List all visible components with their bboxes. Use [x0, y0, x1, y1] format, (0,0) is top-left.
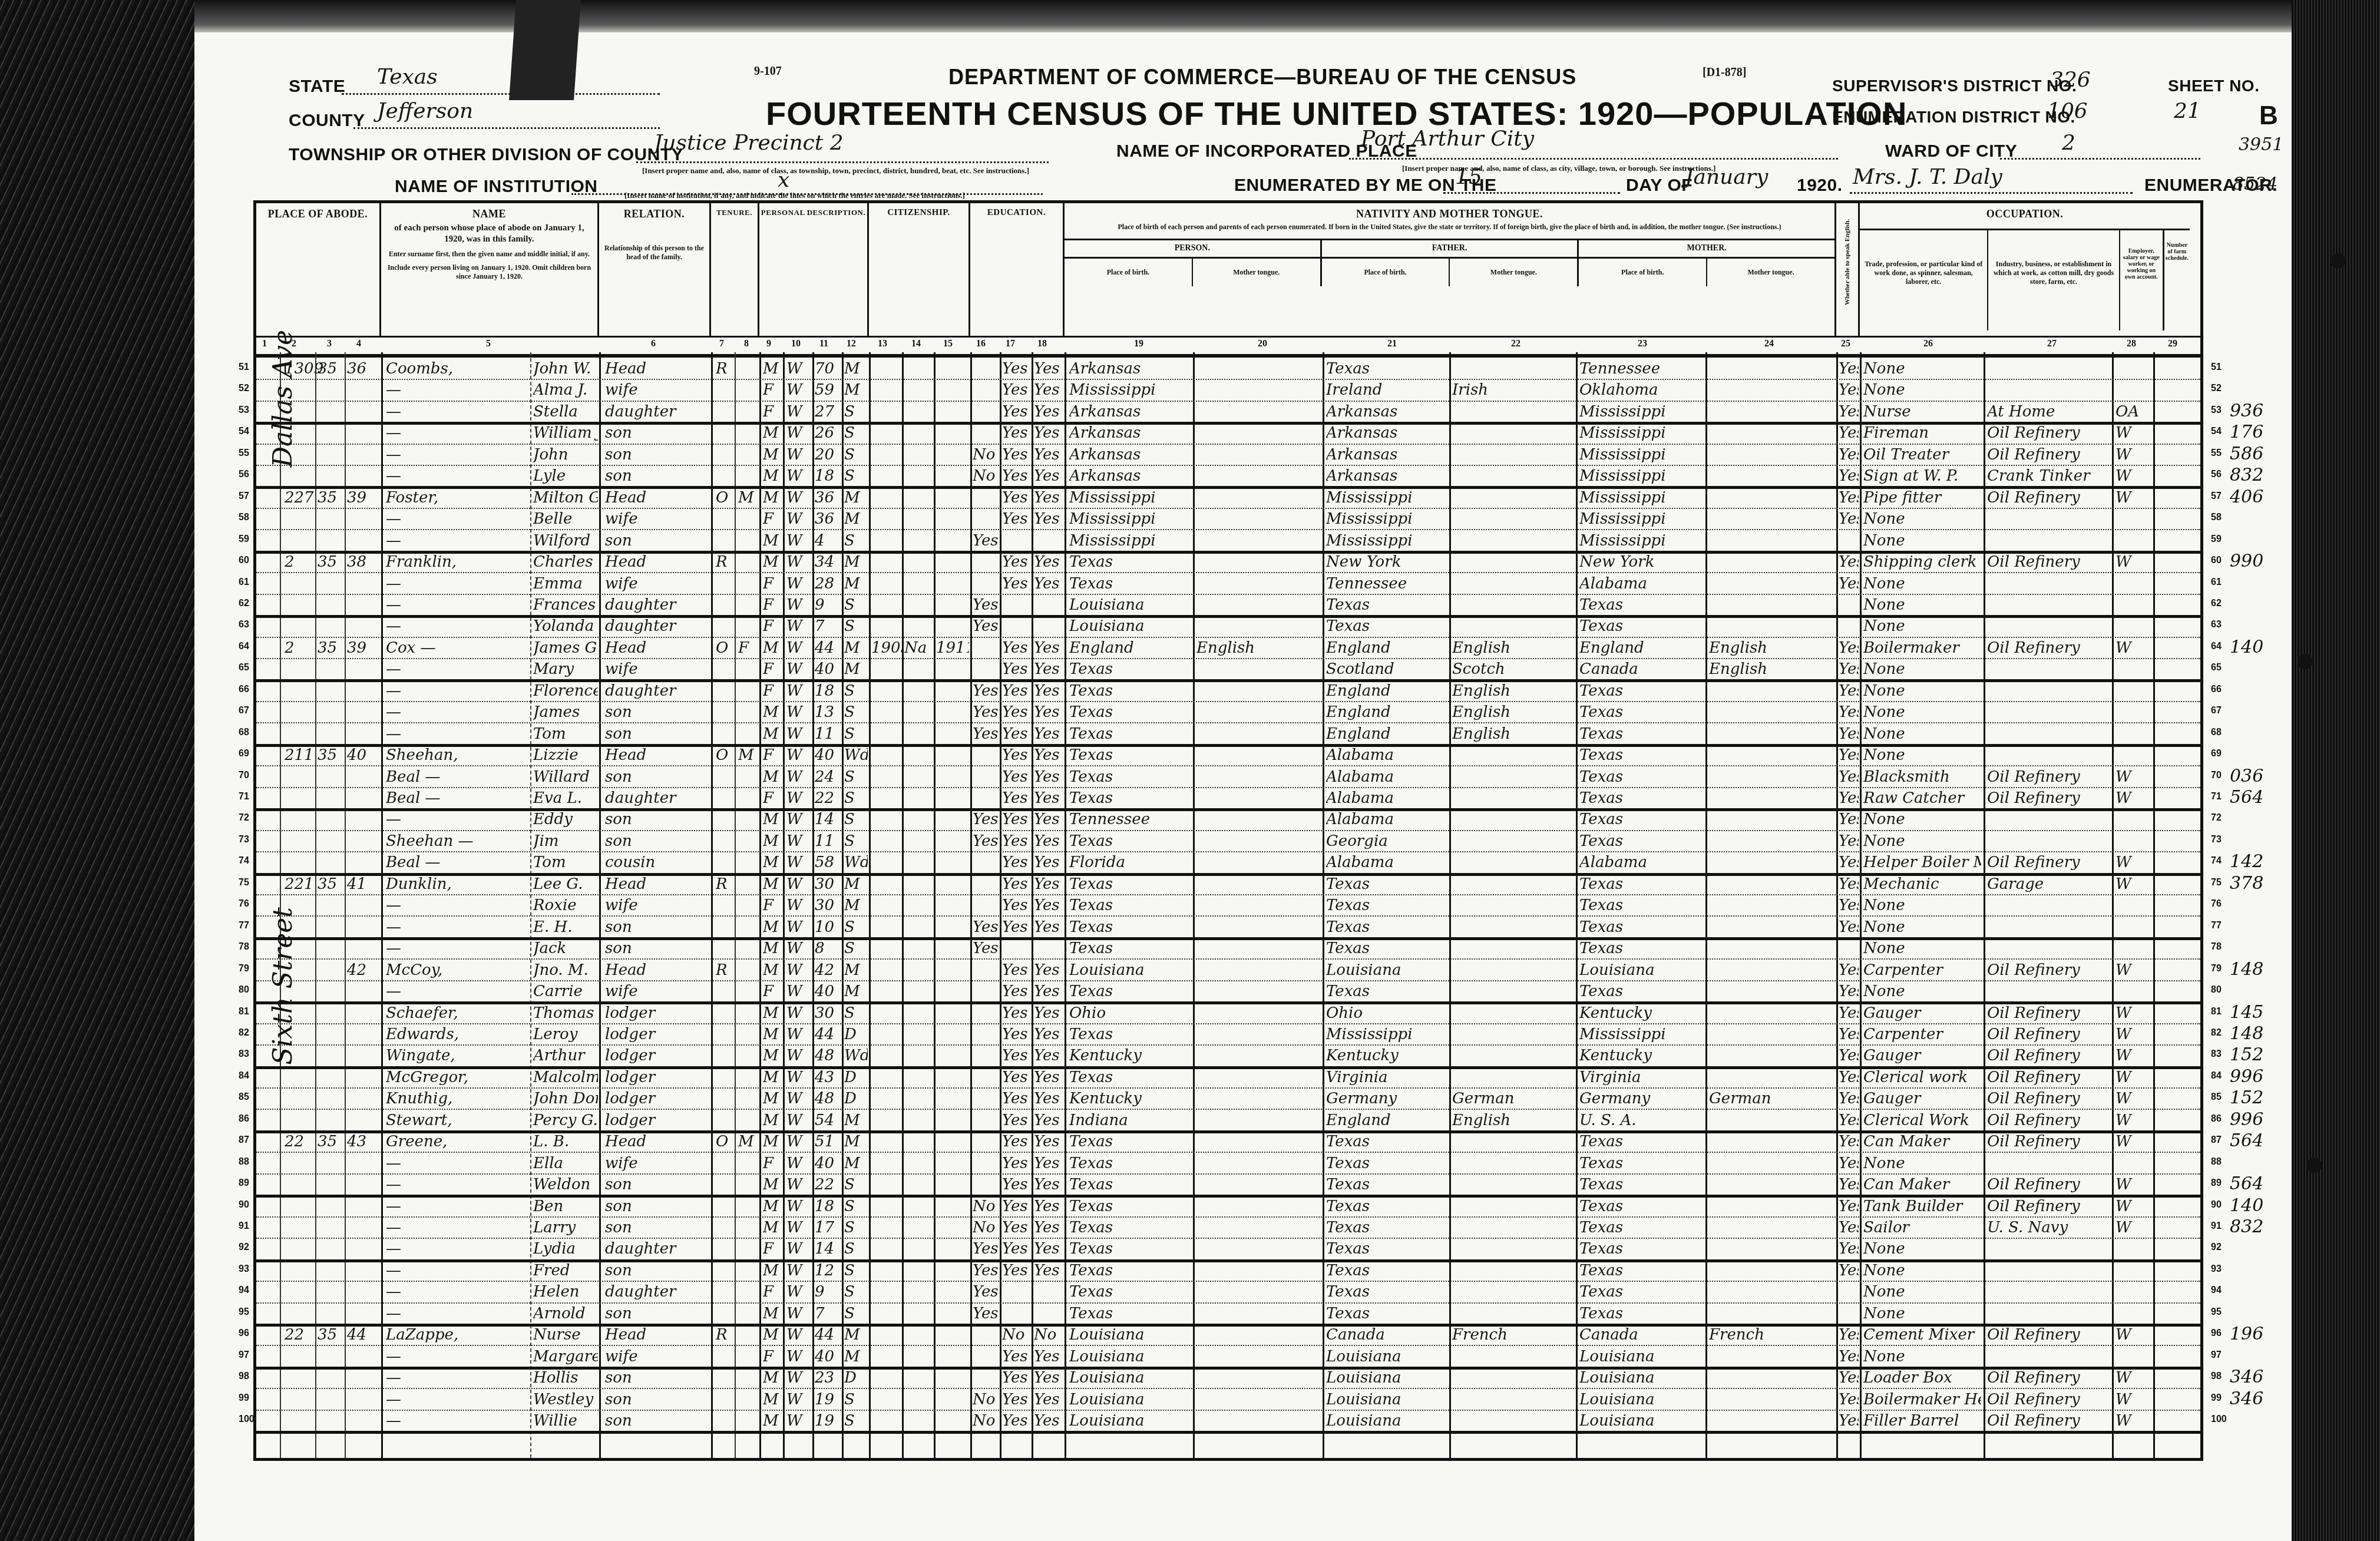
- cell-mpob: Mississippi: [1579, 510, 1703, 528]
- cell-pob: Texas: [1069, 575, 1190, 593]
- cell-pob: Louisiana: [1069, 961, 1190, 979]
- enumeration-district-label: ENUMERATION DISTRICT NO.: [1832, 108, 2075, 127]
- cell-age: 44: [815, 639, 841, 657]
- cell-pob: Texas: [1069, 1133, 1190, 1150]
- cell-pob: Louisiana: [1069, 596, 1190, 614]
- line-number-right: 94: [2211, 1285, 2222, 1296]
- day-of-label: DAY OF: [1626, 176, 1693, 196]
- cell-sch: No: [973, 467, 999, 485]
- occupation-code: 564: [2230, 787, 2263, 808]
- line-number: 78: [239, 942, 249, 953]
- line-number-right: 96: [2211, 1328, 2222, 1339]
- cell-emp: W: [2115, 1069, 2151, 1086]
- cell-write: Yes: [1034, 424, 1063, 442]
- cell-race: W: [786, 983, 810, 1000]
- cell-sch: Yes: [973, 532, 999, 550]
- cell-eng: Yes: [1839, 725, 1859, 743]
- cell-race: W: [786, 1240, 810, 1258]
- cell-emp: W: [2115, 789, 2151, 807]
- cell-eng: Yes: [1839, 1240, 1859, 1258]
- cell-read: Yes: [1002, 854, 1030, 871]
- cell-fam: 42: [347, 961, 381, 979]
- cell-mpob: Texas: [1579, 746, 1703, 764]
- cell-ms: M: [844, 381, 868, 399]
- cell-read: Yes: [1002, 746, 1030, 764]
- cell-trade: Sailor: [1863, 1219, 1981, 1236]
- line-number-right: 91: [2211, 1221, 2222, 1232]
- occupation-code: 140: [2230, 637, 2263, 657]
- cell-surname: McGregor,: [386, 1069, 527, 1086]
- cell-given: Nurse: [533, 1326, 598, 1344]
- cell-race: W: [786, 575, 810, 593]
- cell-given: Willard: [533, 768, 598, 786]
- cell-ms: M: [844, 1112, 868, 1129]
- cell-eng: Yes: [1839, 703, 1859, 721]
- cell-pob: Texas: [1069, 789, 1190, 807]
- cell-read: Yes: [1002, 1090, 1030, 1107]
- cell-ms: M: [844, 660, 868, 678]
- cell-write: Yes: [1034, 360, 1063, 378]
- cell-mpob: Texas: [1579, 1283, 1703, 1301]
- occupation-code: 176: [2230, 422, 2263, 442]
- cell-mpob: England: [1579, 639, 1703, 657]
- cell-read: Yes: [1002, 1112, 1030, 1129]
- line-number-right: 92: [2211, 1242, 2222, 1253]
- cell-given: William J.: [533, 424, 598, 442]
- cell-sex: M: [763, 918, 782, 936]
- cell-given: Eva L.: [533, 789, 598, 807]
- cell-read: Yes: [1002, 1198, 1030, 1215]
- cell-industry: Oil Refinery: [1987, 1198, 2110, 1215]
- supervisor-district-value: 326: [2050, 68, 2091, 92]
- cell-eng: Yes: [1839, 875, 1859, 893]
- cell-age: 44: [815, 1026, 841, 1043]
- line-number: 87: [239, 1135, 249, 1146]
- cell-read: Yes: [1002, 961, 1030, 979]
- table-row: 8282Edwards,LeroylodgerMW44DYesYesTexasM…: [256, 1023, 2200, 1046]
- cell-trade: Filler Barrel: [1863, 1412, 1981, 1430]
- line-number: 66: [239, 684, 249, 695]
- line-number: 75: [239, 878, 249, 888]
- cell-eng: Yes: [1839, 811, 1859, 828]
- cell-emp: W: [2115, 1004, 2151, 1022]
- cell-emp: W: [2115, 1219, 2151, 1236]
- cell-pob: Texas: [1069, 1262, 1190, 1279]
- cell-given: Milton G.: [533, 489, 598, 507]
- cell-race: W: [786, 1133, 810, 1150]
- department-heading: DEPARTMENT OF COMMERCE—BUREAU OF THE CEN…: [948, 65, 1576, 90]
- cell-sex: M: [763, 940, 782, 957]
- cell-pob: Mississippi: [1069, 510, 1190, 528]
- cell-race: W: [786, 1004, 810, 1022]
- line-number-right: 99: [2211, 1393, 2222, 1404]
- cell-age: 26: [815, 424, 841, 442]
- cell-industry: Oil Refinery: [1987, 1412, 2110, 1430]
- table-row: 606023538Franklin,Charles L.HeadRMW34MYe…: [256, 551, 2200, 573]
- cell-sex: M: [763, 1391, 782, 1408]
- cell-write: Yes: [1034, 1176, 1063, 1193]
- cell-write: Yes: [1034, 639, 1063, 657]
- cell-age: 24: [815, 768, 841, 786]
- cell-pob: Indiana: [1069, 1112, 1190, 1129]
- cell-surname: Knuthig,: [386, 1090, 527, 1107]
- cell-ms: M: [844, 1326, 868, 1344]
- cell-fpob: Texas: [1326, 1262, 1447, 1279]
- cell-sex: F: [763, 510, 782, 528]
- cell-rel: daughter: [605, 403, 708, 421]
- cell-given: Eddy: [533, 811, 598, 828]
- cell-eng: Yes: [1839, 1047, 1859, 1064]
- cell-trade: Boilermaker: [1863, 639, 1981, 657]
- ward-value: 2: [2062, 131, 2075, 155]
- occupation-code: 148: [2230, 959, 2263, 980]
- cell-trade: Raw Catcher: [1863, 789, 1981, 807]
- cell-rel: son: [605, 768, 708, 786]
- cell-eng: Yes: [1839, 1176, 1859, 1193]
- cell-read: Yes: [1002, 1369, 1030, 1387]
- cell-fpob: Texas: [1326, 1133, 1447, 1150]
- cell-sex: M: [763, 1090, 782, 1107]
- punch-hole-1: [2330, 253, 2345, 269]
- occupation-code: 152: [2230, 1087, 2263, 1108]
- cell-read: Yes: [1002, 1047, 1030, 1064]
- cell-sex: M: [763, 1219, 782, 1236]
- cell-pob: Arkansas: [1069, 446, 1190, 464]
- cell-sch: Yes: [973, 617, 999, 635]
- cell-pob: Kentucky: [1069, 1047, 1190, 1064]
- cell-surname: —: [386, 532, 527, 550]
- cell-eng: Yes: [1839, 768, 1859, 786]
- township-line: [636, 161, 1049, 163]
- cell-dwell: 35: [318, 360, 345, 378]
- cell-eng: Yes: [1839, 746, 1859, 764]
- cell-industry: Oil Refinery: [1987, 1112, 2110, 1129]
- table-row: 8585Knuthig,John DonaldlodgerMW48DYesYes…: [256, 1087, 2200, 1110]
- cell-surname: Greene,: [386, 1133, 527, 1150]
- cell-age: 36: [815, 489, 841, 507]
- cell-ms: S: [844, 811, 868, 828]
- cell-ptongue: English: [1196, 639, 1320, 657]
- cell-mpob: Texas: [1579, 832, 1703, 850]
- cell-read: Yes: [1002, 1155, 1030, 1172]
- cell-surname: —: [386, 1412, 527, 1430]
- cell-mpob: Texas: [1579, 1198, 1703, 1215]
- cell-fpob: Arkansas: [1326, 446, 1447, 464]
- cell-trade: Mechanic: [1863, 875, 1981, 893]
- incorporated-place-value: Port Arthur City: [1361, 127, 1534, 151]
- cell-sex: F: [763, 789, 782, 807]
- cell-fpob: Mississippi: [1326, 510, 1447, 528]
- cell-write: Yes: [1034, 918, 1063, 936]
- line-number-right: 100: [2211, 1414, 2227, 1425]
- enumerated-month: January: [1685, 165, 1768, 189]
- cell-surname: Stewart,: [386, 1112, 527, 1129]
- cell-sex: F: [763, 617, 782, 635]
- cell-mpob: Germany: [1579, 1090, 1703, 1107]
- header-relation: RELATION. Relationship of this person to…: [599, 203, 711, 336]
- cell-fpob: Louisiana: [1326, 1369, 1447, 1387]
- cell-read: Yes: [1002, 768, 1030, 786]
- cell-eng: Yes: [1839, 983, 1859, 1000]
- cell-pob: Texas: [1069, 1240, 1190, 1258]
- cell-surname: —: [386, 1262, 527, 1279]
- cell-sex: M: [763, 446, 782, 464]
- cell-ms: S: [844, 1198, 868, 1215]
- cell-mpob: Texas: [1579, 617, 1703, 635]
- cell-industry: Oil Refinery: [1987, 854, 2110, 871]
- line-number-right: 86: [2211, 1114, 2222, 1125]
- line-number-right: 84: [2211, 1071, 2222, 1082]
- cell-ftongue: English: [1452, 725, 1573, 743]
- cell-industry: Oil Refinery: [1987, 961, 2110, 979]
- street-name-sixth: Sixth Street: [268, 907, 298, 1065]
- cell-fpob: Texas: [1326, 940, 1447, 957]
- cell-ms: S: [844, 1391, 868, 1408]
- cell-mpob: Texas: [1579, 1133, 1703, 1150]
- line-number: 76: [239, 899, 249, 910]
- cell-rel: daughter: [605, 596, 708, 614]
- table-row: 8383Wingate,ArthurlodgerMW48WdYesYesKent…: [256, 1044, 2200, 1069]
- cell-fpob: Texas: [1326, 1198, 1447, 1215]
- cell-trade: None: [1863, 811, 1981, 828]
- cell-fam: 38: [347, 553, 381, 571]
- table-row: 9393—FredsonMW12SYesYesYesTexasTexasTexa…: [256, 1259, 2200, 1282]
- cell-own: R: [716, 1326, 733, 1344]
- cell-trade: Cement Mixer: [1863, 1326, 1981, 1344]
- occupation-code: 832: [2230, 465, 2263, 485]
- header-personal-description: PERSONAL DESCRIPTION.: [759, 203, 869, 336]
- cell-given: Percy G.: [533, 1112, 598, 1129]
- cell-sch: No: [973, 1412, 999, 1430]
- cell-age: 19: [815, 1412, 841, 1430]
- cell-surname: Beal —: [386, 789, 527, 807]
- cell-trade: Blacksmith: [1863, 768, 1981, 786]
- occupation-code: 145: [2230, 1002, 2263, 1023]
- cell-sex: M: [763, 467, 782, 485]
- cell-own: R: [716, 360, 733, 378]
- cell-age: 30: [815, 897, 841, 914]
- cell-mtongue: English: [1709, 660, 1834, 678]
- table-row: 100100—WilliesonMW19SNoYesYesLouisianaLo…: [256, 1410, 2200, 1434]
- cell-race: W: [786, 918, 810, 936]
- line-number: 85: [239, 1092, 249, 1103]
- cell-trade: Loader Box: [1863, 1369, 1981, 1387]
- line-number-right: 62: [2211, 598, 2222, 609]
- cell-fpob: Texas: [1326, 983, 1447, 1000]
- cell-ms: M: [844, 639, 868, 657]
- cell-ms: S: [844, 532, 868, 550]
- table-row: 9090—BensonMW18SNoYesYesTexasTexasTexasY…: [256, 1195, 2200, 1218]
- cell-ms: M: [844, 897, 868, 914]
- cell-pob: Texas: [1069, 1219, 1190, 1236]
- cell-race: W: [786, 489, 810, 507]
- cell-trade: Can Maker: [1863, 1176, 1981, 1193]
- cell-age: 30: [815, 1004, 841, 1022]
- line-number: 74: [239, 856, 249, 867]
- cell-rel: daughter: [605, 1283, 708, 1301]
- cell-age: 9: [815, 596, 841, 614]
- state-value: Texas: [377, 65, 438, 89]
- line-number-right: 55: [2211, 448, 2222, 459]
- cell-given: L. B.: [533, 1133, 598, 1150]
- line-number-right: 66: [2211, 684, 2222, 695]
- cell-ftongue: English: [1452, 682, 1573, 700]
- cell-ms: M: [844, 961, 868, 979]
- cell-race: W: [786, 682, 810, 700]
- cell-given: Ben: [533, 1198, 598, 1215]
- cell-surname: —: [386, 1348, 527, 1365]
- line-number: 57: [239, 491, 249, 502]
- line-number-right: 77: [2211, 921, 2222, 931]
- cell-write: Yes: [1034, 381, 1063, 399]
- cell-eng: Yes: [1839, 1069, 1859, 1086]
- table-row: 6363—YolandadaughterFW7SYesLouisianaTexa…: [256, 615, 2200, 637]
- cell-industry: Oil Refinery: [1987, 1047, 2110, 1064]
- cell-ms: S: [844, 703, 868, 721]
- cell-fpob: Texas: [1326, 1305, 1447, 1322]
- line-number-right: 69: [2211, 749, 2222, 759]
- cell-given: Larry: [533, 1219, 598, 1236]
- header-occupation: OCCUPATION. Trade, profession, or partic…: [1860, 203, 2190, 336]
- cell-ms: S: [844, 617, 868, 635]
- cell-given: Helen: [533, 1283, 598, 1301]
- cell-sex: F: [763, 1283, 782, 1301]
- cell-emp: W: [2115, 1369, 2151, 1387]
- cell-ms: S: [844, 832, 868, 850]
- table-row: 9999—WestleysonMW19SNoYesYesLouisianaLou…: [256, 1388, 2200, 1411]
- cell-mpob: Mississippi: [1579, 532, 1703, 550]
- cell-ms: S: [844, 1219, 868, 1236]
- line-number-right: 97: [2211, 1350, 2222, 1361]
- cell-write: Yes: [1034, 854, 1063, 871]
- cell-read: Yes: [1002, 360, 1030, 378]
- cell-mpob: Mississippi: [1579, 446, 1703, 464]
- line-number-right: 63: [2211, 620, 2222, 630]
- cell-fpob: Georgia: [1326, 832, 1447, 850]
- cell-fpob: England: [1326, 682, 1447, 700]
- cell-given: John W.: [533, 360, 598, 378]
- header-father: FATHER.: [1320, 240, 1578, 257]
- cell-write: Yes: [1034, 682, 1063, 700]
- table-row: 6565—MarywifeFW40MYesYesTexasScotlandSco…: [256, 658, 2200, 682]
- occupation-code: 378: [2230, 873, 2263, 894]
- cell-given: Hollis: [533, 1369, 598, 1387]
- cell-surname: —: [386, 918, 527, 936]
- cell-rel: son: [605, 1391, 708, 1408]
- cell-eng: Yes: [1839, 489, 1859, 507]
- cell-own: O: [716, 746, 733, 764]
- cell-fpob: England: [1326, 1112, 1447, 1129]
- cell-ms: S: [844, 1412, 868, 1430]
- cell-sex: M: [763, 832, 782, 850]
- line-number-right: 60: [2211, 555, 2222, 566]
- cell-race: W: [786, 1219, 810, 1236]
- cell-race: W: [786, 1090, 810, 1107]
- cell-pob: Texas: [1069, 832, 1190, 850]
- cell-mtongue: German: [1709, 1090, 1834, 1107]
- line-number: 88: [239, 1157, 249, 1168]
- cell-industry: Oil Refinery: [1987, 1391, 2110, 1408]
- line-number: 98: [239, 1371, 249, 1382]
- cell-race: W: [786, 789, 810, 807]
- cell-ms: M: [844, 1133, 868, 1150]
- cell-ms: S: [844, 789, 868, 807]
- cell-fpob: Louisiana: [1326, 1412, 1447, 1430]
- cell-age: 30: [815, 875, 841, 893]
- line-number-right: 64: [2211, 641, 2222, 652]
- cell-ftongue: English: [1452, 703, 1573, 721]
- cell-trade: None: [1863, 532, 1981, 550]
- cell-eng: Yes: [1839, 897, 1859, 914]
- cell-rel: son: [605, 918, 708, 936]
- cell-surname: Beal —: [386, 854, 527, 871]
- cell-mort: F: [738, 639, 758, 657]
- punch-hole-2: [2298, 654, 2313, 669]
- cell-emp: W: [2115, 1391, 2151, 1408]
- cell-age: 34: [815, 553, 841, 571]
- cell-given: Malcolm R.: [533, 1069, 598, 1086]
- cell-age: 12: [815, 1262, 841, 1279]
- cell-industry: Crank Tinker: [1987, 467, 2110, 485]
- cell-race: W: [786, 617, 810, 635]
- cell-trade: Carpenter: [1863, 961, 1981, 979]
- cell-pob: Texas: [1069, 703, 1190, 721]
- ward-label: WARD OF CITY: [1885, 141, 2017, 161]
- line-number: 70: [239, 770, 249, 781]
- cell-trade: None: [1863, 1262, 1981, 1279]
- cell-read: Yes: [1002, 1412, 1030, 1430]
- cell-ms: S: [844, 768, 868, 786]
- cell-surname: Edwards,: [386, 1026, 527, 1043]
- cell-mpob: Canada: [1579, 660, 1703, 678]
- line-number: 61: [239, 577, 249, 588]
- cell-mpob: Texas: [1579, 1240, 1703, 1258]
- line-number: 65: [239, 663, 249, 673]
- cell-trade: None: [1863, 1240, 1981, 1258]
- cell-surname: LaZappe,: [386, 1326, 527, 1344]
- cell-trade: None: [1863, 746, 1981, 764]
- cell-trade: Gauger: [1863, 1047, 1981, 1064]
- population-schedule-table: PLACE OF ABODE. NAME of each person whos…: [253, 200, 2203, 1461]
- cell-emp: W: [2115, 854, 2151, 871]
- cell-eng: Yes: [1839, 575, 1859, 593]
- cell-ms: M: [844, 1155, 868, 1172]
- year-label: 1920.: [1797, 176, 1843, 196]
- cell-mpob: Louisiana: [1579, 1369, 1703, 1387]
- line-number: 54: [239, 426, 249, 437]
- cell-sex: M: [763, 1305, 782, 1322]
- cell-fpob: Louisiana: [1326, 1348, 1447, 1365]
- cell-given: Weldon: [533, 1176, 598, 1193]
- cell-ms: Wd: [844, 1047, 868, 1064]
- cell-rel: daughter: [605, 617, 708, 635]
- cell-mpob: Texas: [1579, 1155, 1703, 1172]
- cell-mpob: Texas: [1579, 940, 1703, 957]
- line-number-right: 78: [2211, 942, 2222, 953]
- cell-surname: Schaefer,: [386, 1004, 527, 1022]
- line-number-right: 81: [2211, 1007, 2222, 1017]
- township-value: Justice Precinct 2: [654, 131, 844, 155]
- cell-mpob: Virginia: [1579, 1069, 1703, 1086]
- microfilm-right-edge: [2292, 0, 2380, 1541]
- cell-age: 13: [815, 703, 841, 721]
- cell-race: W: [786, 832, 810, 850]
- header-name: NAME of each person whose place of abode…: [381, 203, 599, 336]
- cell-given: Florence: [533, 682, 598, 700]
- cell-fpob: Tennessee: [1326, 575, 1447, 593]
- cell-eng: Yes: [1839, 1369, 1859, 1387]
- cell-industry: Oil Refinery: [1987, 1133, 2110, 1150]
